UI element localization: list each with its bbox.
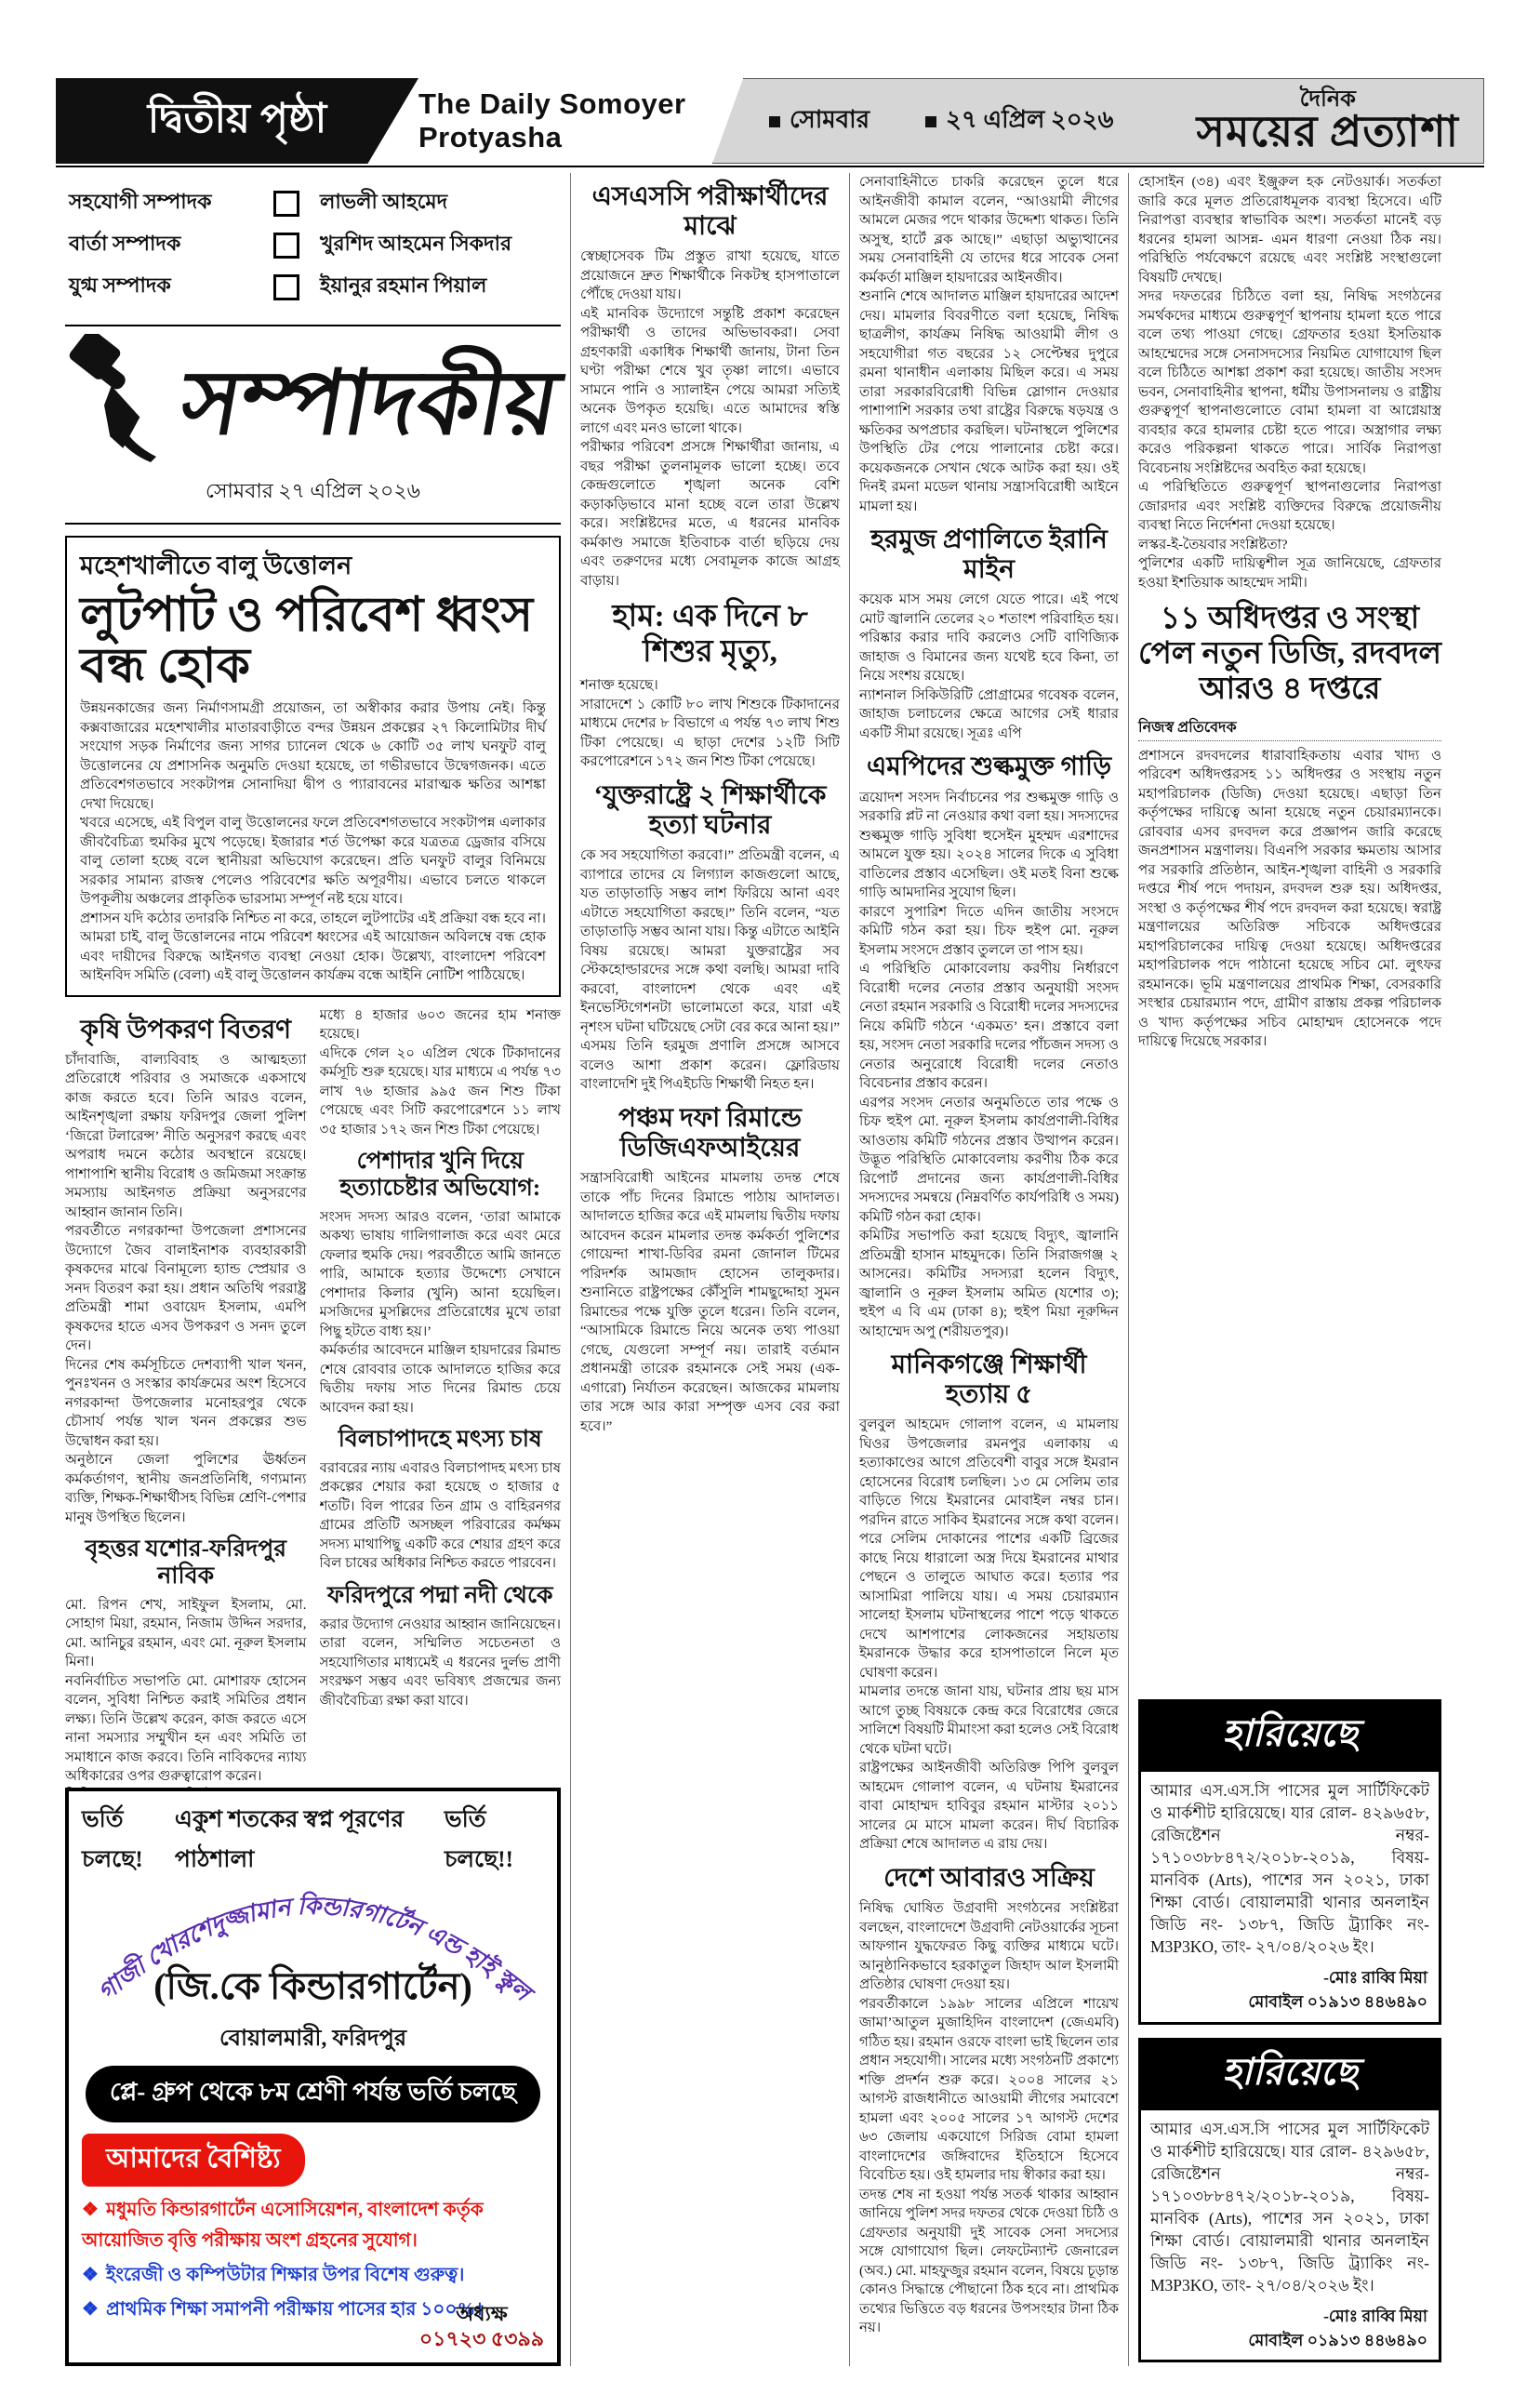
article-headline: পেশাদার খুনি দিয়ে হত্যাচেষ্টার অভিযোগ: xyxy=(320,1149,562,1203)
article-headline: ফরিদপুরে পদ্মা নদী থেকে xyxy=(320,1583,562,1610)
newspaper-brand: দৈনিক সময়ের প্রত্যাশা xyxy=(1197,88,1459,153)
article-body: কে সব সহযোগিতা করবো।” প্রতিমন্ত্রী বলেন,… xyxy=(580,846,840,1095)
lost-notice-signature: -মোঃ রাব্বি মিয়া মোবাইল ০১৯১৩ ৪৪৬৪৯০ xyxy=(1141,1965,1439,2022)
school-advertisement: ভর্তি চলছে! একুশ শতকের স্বপ্ন পূরণের পাঠ… xyxy=(65,1788,561,2366)
article-headline: ‘যুক্তরাষ্ট্রে ২ শিক্ষার্থীকে হত্যা ঘটনা… xyxy=(580,781,840,841)
article-headline: এসএসসি পরীক্ষার্থীদের মাঝে xyxy=(580,182,840,242)
checkbox-icon xyxy=(273,274,299,300)
editorial-masthead-title: সম্পাদকীয় xyxy=(175,357,567,451)
article-byline: নিজস্ব প্রতিবেদক xyxy=(1138,715,1441,741)
diamond-bullet-icon: ❖ xyxy=(82,2299,99,2320)
page-content: সহযোগী সম্পাদক লাভলী আহমেদ বার্তা সম্পাদ… xyxy=(56,173,1484,2366)
article-body: নিষিদ্ধ ঘোষিত উগ্রবাদী সংগঠনের সংশ্লিষ্ট… xyxy=(859,1899,1119,2338)
editorial-date: সোমবার ২৭ এপ্রিল ২০২৬ xyxy=(65,475,561,510)
article-body: স্বেচ্ছাসেবক টিম প্রস্তুত রাখা হয়েছে, য… xyxy=(580,247,840,591)
article-body: ত্রয়োদশ সংসদ নির্বাচনের পর শুল্কমুক্ত গ… xyxy=(859,789,1119,1342)
ad-features-title: আমাদের বৈশিষ্ট্য xyxy=(82,2134,305,2187)
editorial-headline: লুটপাট ও পরিবেশ ধ্বংস বন্ধ হোক xyxy=(80,591,546,692)
page-header: দ্বিতীয় পৃষ্ঠা The Daily Somoyer Protya… xyxy=(56,78,1484,164)
lost-notice-body: আমার এস.এস.সি পাসের মুল সার্টিফিকেট ও মা… xyxy=(1141,1772,1439,1965)
lost-notice-title: হারিয়েছে xyxy=(1141,1702,1439,1772)
article-headline: হাম: এক দিনে ৮ শিশুর মৃত্যু, xyxy=(580,600,840,671)
paper-name-english: The Daily Somoyer Protyasha xyxy=(418,78,712,164)
article-headline: বিলচাপাদহে মৎস্য চাষ xyxy=(320,1427,562,1454)
article-body: হোসাইন (৩৪) এবং ইঞ্জুরুল হক নেটওয়ার্ক। … xyxy=(1138,173,1441,592)
article-body: বরাবরের ন্যায় এবারও বিলচাপাদহ মৎস্য চাষ… xyxy=(320,1459,562,1574)
ad-feature-item: ❖মধুমতি কিন্ডারগার্টেন এসোসিয়েশন, বাংলা… xyxy=(82,2196,544,2257)
staff-role: সহযোগী সম্পাদক xyxy=(69,186,273,220)
page-number-banner: দ্বিতীয় পৃষ্ঠা xyxy=(56,78,418,164)
staff-box: সহযোগী সম্পাদক লাভলী আহমেদ বার্তা সম্পাদ… xyxy=(65,173,561,326)
article-body: প্রশাসনে রদবদলের ধারাবাহিকতায় এবার খাদ্… xyxy=(1138,747,1441,1052)
article-body: সন্ত্রাসবিরোধী আইনের মামলায় তদন্ত শেষে … xyxy=(580,1169,840,1436)
day-date: সোমবার ২৭ এপ্রিল ২০২৬ xyxy=(769,100,1113,141)
lost-notice-body: আমার এস.এস.সি পাসের মুল সার্টিফিকেট ও মা… xyxy=(1141,2110,1439,2304)
header-divider xyxy=(56,166,1484,167)
article-body: মো. রিপন শেখ, সাইফুল ইসলাম, মো. সোহাগ মি… xyxy=(65,1596,307,1788)
fountain-pen-icon xyxy=(67,334,179,473)
checkbox-icon xyxy=(273,233,299,259)
dateline-banner: সোমবার ২৭ এপ্রিল ২০২৬ দৈনিক সময়ের প্রত্… xyxy=(712,78,1484,164)
lost-notice-signature: -মোঃ রাব্বি মিয়া মোবাইল ০১৯১৩ ৪৪৬৪৯০ xyxy=(1141,2304,1439,2361)
date-label: ২৭ এপ্রিল ২০২৬ xyxy=(925,100,1113,141)
lost-notice-box: হারিয়েছে আমার এস.এস.সি পাসের মুল সার্টি… xyxy=(1138,1699,1441,2025)
brand-name: সময়ের প্রত্যাশা xyxy=(1197,111,1459,153)
article-body: শনাক্ত হয়েছে। সারাদেশে ১ কোটি ৮০ লাখ শি… xyxy=(580,676,840,772)
lost-notice-box: হারিয়েছে আমার এস.এস.সি পাসের মুল সার্টি… xyxy=(1138,2038,1441,2363)
column-three: সেনাবাহিনীতে চাকরি করেছেন তুলে ধরে আইনজী… xyxy=(849,173,1128,2366)
article-body: কয়েক মাস সময় লেগে যেতে পারে। এই পথে মো… xyxy=(859,591,1119,743)
staff-name: লাভলী আহমেদ xyxy=(320,186,447,220)
lost-notice-title: হারিয়েছে xyxy=(1141,2041,1439,2110)
article-headline: বৃহত্তর যশোর-ফরিদপুর নাবিক xyxy=(65,1536,307,1590)
day-label: সোমবার xyxy=(769,100,870,141)
article-headline: হরমুজ প্রণালিতে ইরানি মাইন xyxy=(859,525,1119,585)
lost-notice-phone: মোবাইল ০১৯১৩ ৪৪৬৪৯০ xyxy=(1152,2328,1427,2352)
article-body: সংসদ সদস্য আরও বলেন, ‘তারা আমাকে অকথ্য ভ… xyxy=(320,1208,562,1418)
staff-name: খুরশিদ আহমেন সিকদার xyxy=(320,228,511,262)
lost-notice-name: -মোঃ রাব্বি মিয়া xyxy=(1152,2304,1427,2328)
ad-feature-item: ❖ইংরেজী ও কম্পিউটার শিক্ষার উপর বিশেষ গু… xyxy=(82,2261,544,2292)
article-body: সেনাবাহিনীতে চাকরি করেছেন তুলে ধরে আইনজী… xyxy=(859,173,1119,516)
article-headline: এমপিদের শুল্কমুক্ত গাড়ি xyxy=(859,752,1119,782)
article-headline: কৃষি উপকরণ বিতরণ xyxy=(65,1016,307,1045)
article-headline: মানিকগঞ্জে শিক্ষার্থী হত্যায় ৫ xyxy=(859,1350,1119,1410)
left-subcolumns: কৃষি উপকরণ বিতরণ চাঁদাবাজি, বাল্যবিবাহ ও… xyxy=(65,1006,561,1789)
diamond-bullet-icon: ❖ xyxy=(82,2200,99,2220)
article-headline: ১১ অধিদপ্তর ও সংস্থা পেল নতুন ডিজি, রদবদ… xyxy=(1138,602,1441,708)
bullet-square-icon xyxy=(925,116,936,127)
lost-notice-phone: মোবাইল ০১৯১৩ ৪৪৬৪৯০ xyxy=(1152,1989,1427,2014)
article-headline: পঞ্চম দফা রিমান্ডে ডিজিএফআইয়ের xyxy=(580,1104,840,1164)
staff-row: সহযোগী সম্পাদক লাভলী আহমেদ xyxy=(69,186,557,220)
left-subcolumn-a: কৃষি উপকরণ বিতরণ চাঁদাবাজি, বাল্যবিবাহ ও… xyxy=(65,1006,307,1789)
article-headline: দেশে আবারও সক্রিয় xyxy=(859,1864,1119,1894)
article-body: করার উদ্যোগ নেওয়ার আহ্বান জানিয়েছেন। ত… xyxy=(320,1616,562,1711)
newspaper-page: দ্বিতীয় পৃষ্ঠা The Daily Somoyer Protya… xyxy=(0,0,1540,2381)
ad-admission-left: ভর্তি চলছে! xyxy=(82,1801,175,1881)
staff-name: ইয়ানুর রহমান পিয়াল xyxy=(320,270,486,304)
article-body: মধ্যে ৪ হাজার ৬০৩ জনের হাম শনাক্ত হয়েছে… xyxy=(320,1006,562,1140)
checkbox-icon xyxy=(273,191,299,217)
ad-class-range-pill: প্লে- গ্রুপ থেকে ৮ম শ্রেণী পর্যন্ত ভর্তি… xyxy=(86,2066,540,2122)
editorial-article: মহেশখালীতে বালু উত্তোলন লুটপাট ও পরিবেশ … xyxy=(65,536,561,997)
ad-principal-phone: ০১৭২৩ ৫৩৯৯ xyxy=(419,2327,544,2351)
staff-row: যুগ্ম সম্পাদক ইয়ানুর রহমান পিয়াল xyxy=(69,270,557,304)
staff-role: যুগ্ম সম্পাদক xyxy=(69,270,273,304)
diamond-bullet-icon: ❖ xyxy=(82,2265,99,2285)
ad-slogan: একুশ শতকের স্বপ্ন পূরণের পাঠশালা xyxy=(175,1801,445,1881)
article-body: চাঁদাবাজি, বাল্যবিবাহ ও আত্মহত্যা প্রতির… xyxy=(65,1051,307,1528)
ad-top-row: ভর্তি চলছে! একুশ শতকের স্বপ্ন পূরণের পাঠ… xyxy=(82,1801,544,1881)
column-two: এসএসসি পরীক্ষার্থীদের মাঝে স্বেচ্ছাসেবক … xyxy=(570,173,849,2366)
left-subcolumn-b: মধ্যে ৪ হাজার ৬০৩ জনের হাম শনাক্ত হয়েছে… xyxy=(320,1006,562,1789)
ad-location: বোয়ালমারী, ফরিদপুর xyxy=(82,2021,544,2058)
editorial-masthead: সম্পাদকীয় সোমবার ২৭ এপ্রিল ২০২৬ xyxy=(65,326,561,525)
article-body: বুলবুল আহমেদ গোলাপ বলেন, এ মামলায় ঘিওর … xyxy=(859,1416,1119,1855)
editorial-body: উন্নয়নকাজের জন্য নির্মাণসামগ্রী প্রয়োজ… xyxy=(80,699,546,986)
editorial-kicker: মহেশখালীতে বালু উত্তোলন xyxy=(80,547,546,589)
ad-admission-right: ভর্তি চলছে!! xyxy=(445,1801,544,1881)
column-editorial: সহযোগী সম্পাদক লাভলী আহমেদ বার্তা সম্পাদ… xyxy=(56,173,570,2366)
ad-principal-label: অধ্যক্ষ xyxy=(419,2302,544,2326)
staff-role: বার্তা সম্পাদক xyxy=(69,228,273,262)
bullet-square-icon xyxy=(769,116,780,127)
staff-row: বার্তা সম্পাদক খুরশিদ আহমেন সিকদার xyxy=(69,228,557,262)
lost-notice-name: -মোঃ রাব্বি মিয়া xyxy=(1152,1965,1427,1989)
column-four: হোসাইন (৩৪) এবং ইঞ্জুরুল হক নেটওয়ার্ক। … xyxy=(1128,173,1451,2366)
